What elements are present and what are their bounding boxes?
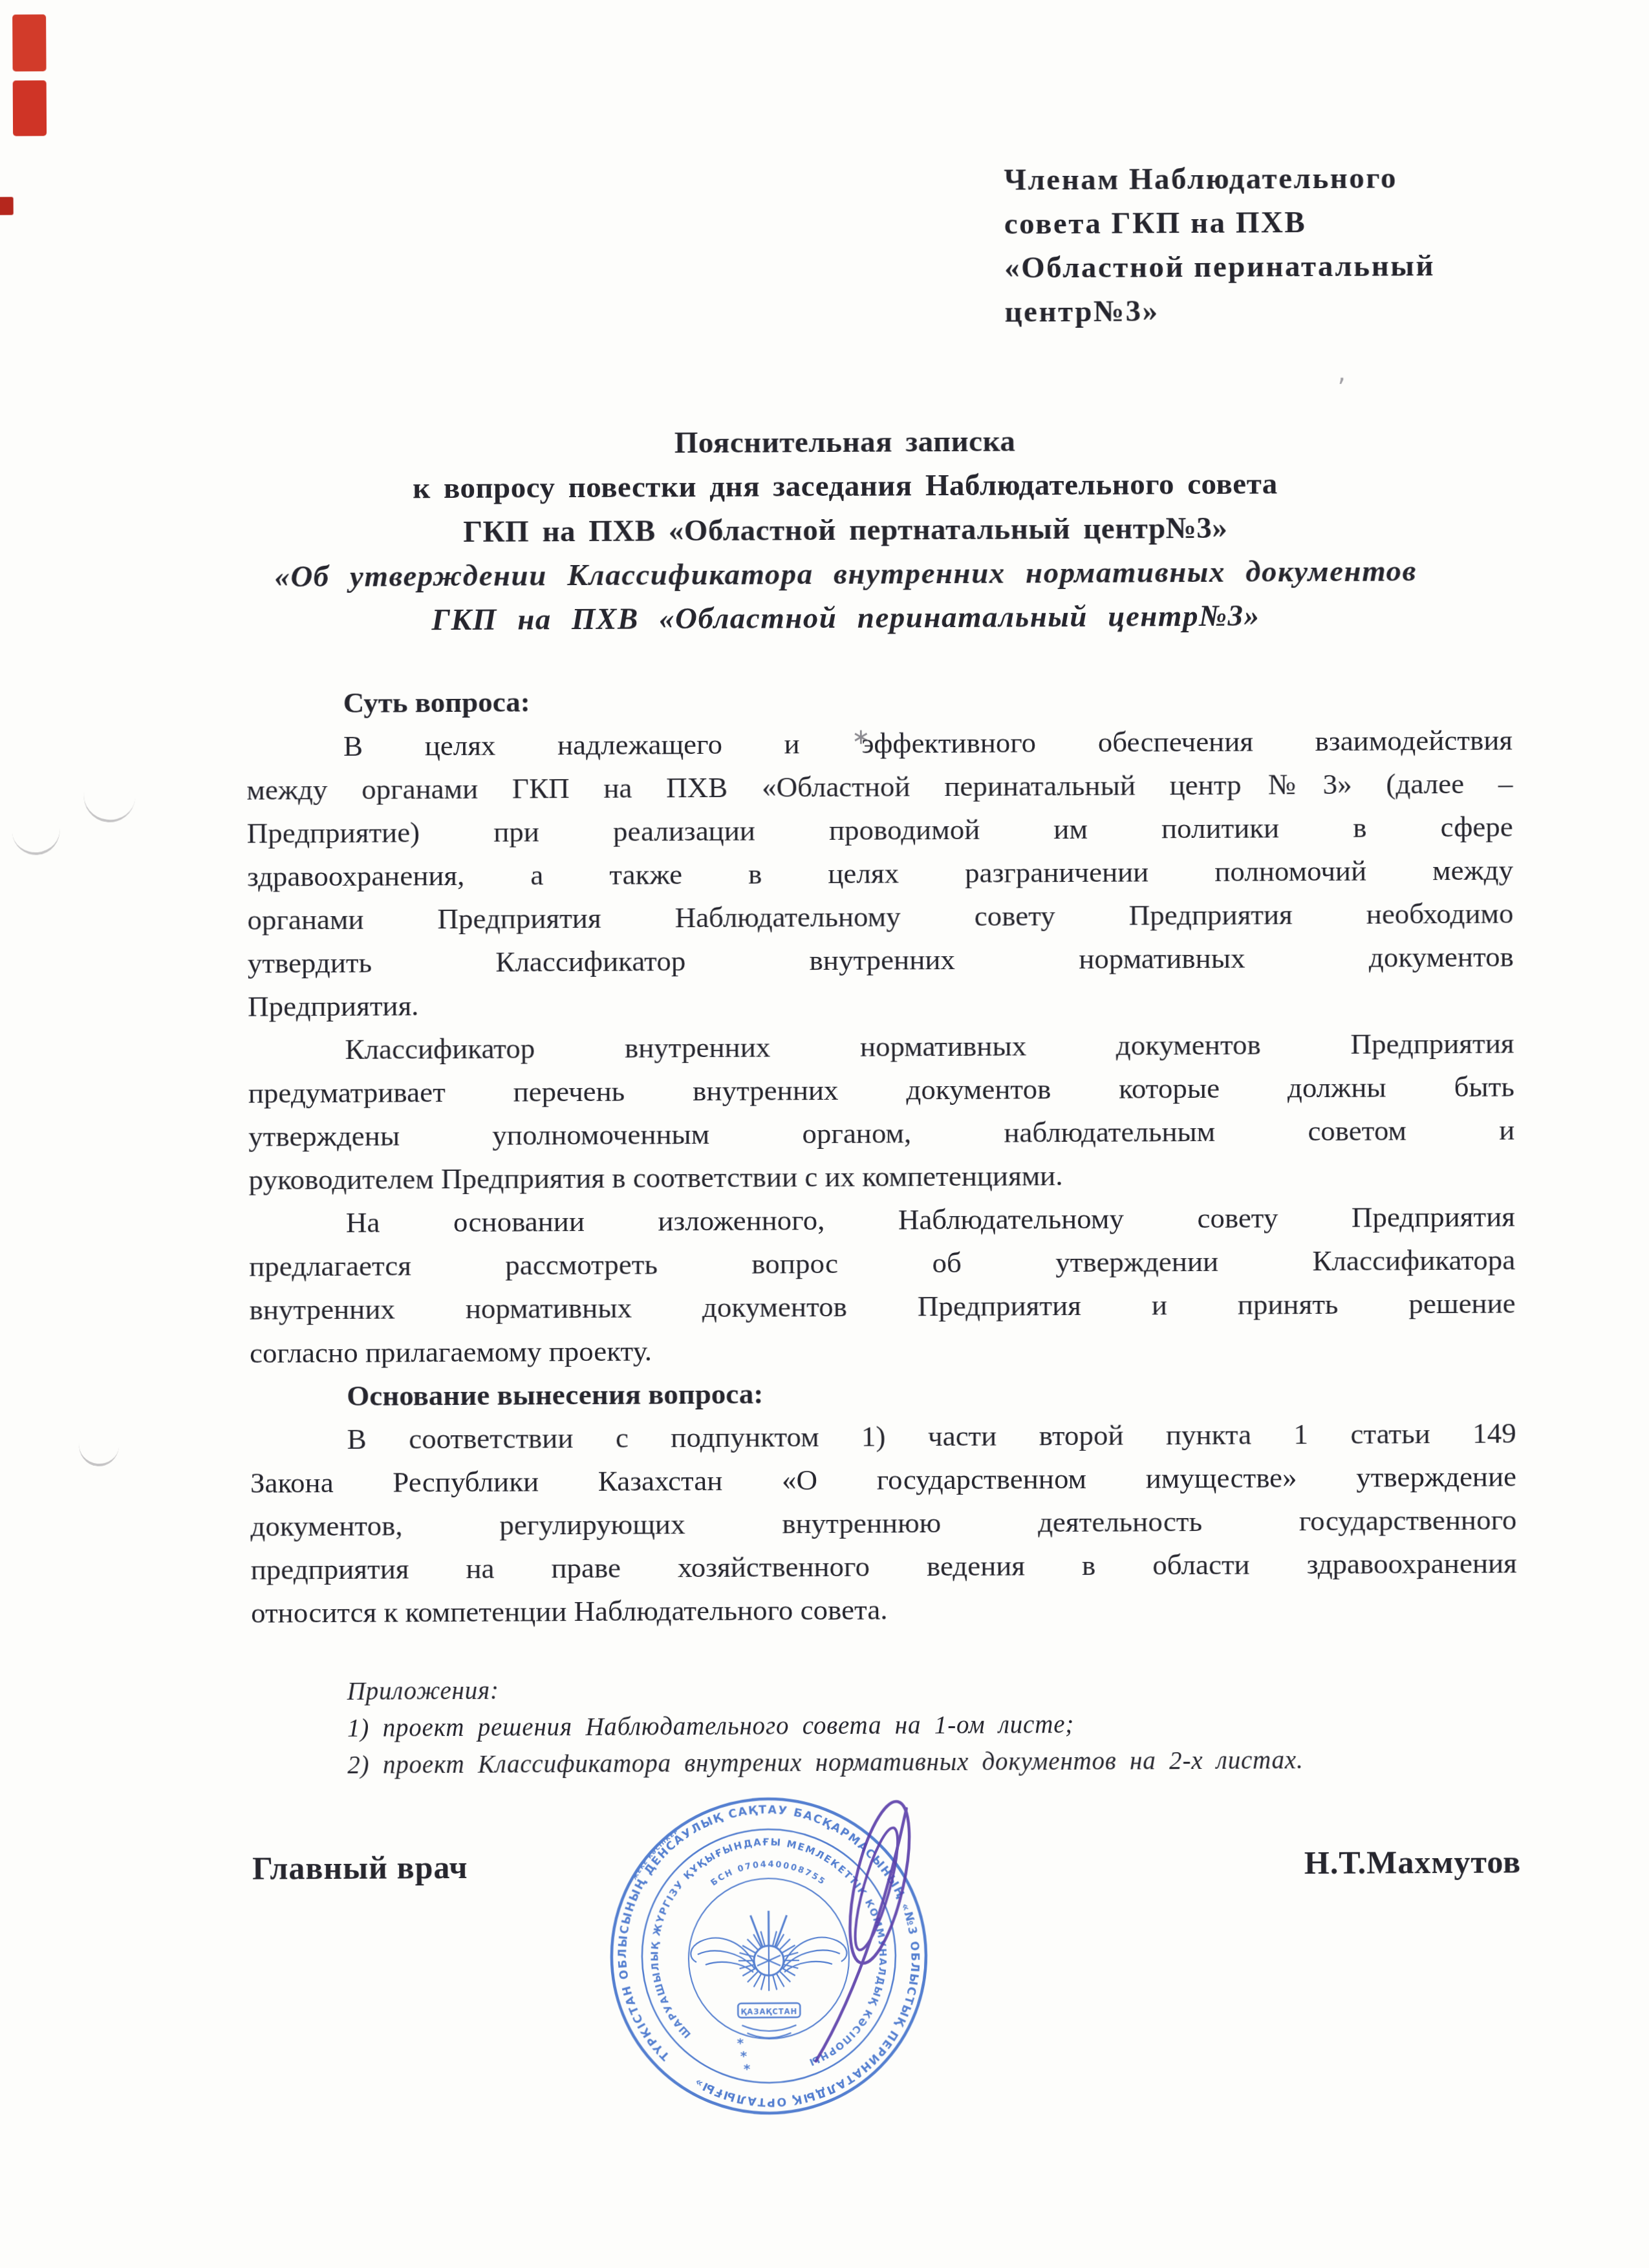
stamp-asterisks: ***: [737, 2035, 750, 2077]
title-line: Пояснительная записка: [159, 416, 1530, 467]
paragraph-line: предуматривает перечень внутренних докум…: [248, 1065, 1514, 1115]
paragraph-line: органами Предприятия Наблюдательному сов…: [247, 892, 1513, 941]
pencil-check-mark: [12, 824, 62, 857]
pencil-check-mark: [81, 788, 136, 825]
paragraph-line: На основании изложенного, Наблюдательном…: [249, 1195, 1515, 1245]
paragraph-line: между органами ГКП на ПХВ «Областной пер…: [246, 762, 1513, 811]
recipient-block: Членам Наблюдательного совета ГКП на ПХВ…: [1004, 155, 1541, 334]
paragraph-line: Предприятие) при реализации проводимой и…: [247, 805, 1513, 855]
paragraph-line: Предприятия.: [248, 978, 1514, 1028]
title-subtitle-line: «Об утверждении Классификатора внутренни…: [160, 548, 1531, 599]
signer-position: Главный врач: [252, 1848, 468, 1887]
paragraph-line: В целях надлежащего и эффективного обесп…: [246, 718, 1513, 768]
paragraph-line: руководителем Предприятия в соответствии…: [248, 1151, 1514, 1201]
paragraph-line: относится к компетенции Наблюдательного …: [251, 1585, 1517, 1634]
scanned-page: ∗ ʼ Членам Наблюдательного совета ГКП на…: [0, 0, 1649, 2268]
paragraph-line: Классификатор внутренних нормативных док…: [248, 1022, 1514, 1071]
attachments-block: Приложения: 1) проект решения Наблюдател…: [347, 1667, 1460, 1784]
title-line: ГКП на ПХВ «Областной пертнатальный цент…: [160, 504, 1531, 555]
title-line: к вопросу повестки дня заседания Наблюда…: [160, 460, 1531, 511]
paragraph-line: согласно прилагаемому проекту.: [250, 1325, 1516, 1375]
paragraph-line: Закона Республики Казахстан «О государст…: [250, 1455, 1516, 1504]
kazakhstan-emblem-icon: [691, 1910, 847, 2038]
paragraph-line: В соответствии с подпунктом 1) части вто…: [250, 1411, 1516, 1461]
title-subtitle-line: ГКП на ПХВ «Областной перинатальный цент…: [160, 592, 1531, 643]
paragraph-line: документов, регулирующих внутреннюю деят…: [250, 1498, 1516, 1548]
recipient-line: центр№3»: [1004, 287, 1541, 334]
paragraph-line: утверждены уполномоченным органом, наблю…: [248, 1108, 1514, 1158]
red-scan-artifact: [0, 197, 14, 215]
official-stamp: ЖЕКЕ КӘСІПКЕР ТҮРКІСТАН ОБЛЫСЫНЫҢ ДЕНСАУ…: [587, 1771, 951, 2135]
red-scan-artifact: [12, 14, 46, 71]
paragraph-line: внутренних нормативных документов Предпр…: [249, 1281, 1515, 1331]
scan-content: ∗ ʼ Членам Наблюдательного совета ГКП на…: [0, 0, 1649, 2268]
pencil-check-mark: [77, 1440, 119, 1468]
stamp-bin-text: БСН 070440008755: [709, 1859, 827, 1888]
recipient-line: Членам Наблюдательного: [1004, 155, 1540, 202]
paragraph-line: предлагается рассмотреть вопрос об утвер…: [249, 1238, 1515, 1288]
emblem-banner-text: ҚАЗАҚСТАН: [740, 2007, 797, 2016]
svg-text:*: *: [744, 2061, 751, 2077]
signer-name: Н.Т.Махмутов: [1304, 1843, 1521, 1881]
emblem-wing-left: [691, 1938, 755, 1973]
document-title: Пояснительная записка к вопросу повестки…: [159, 416, 1531, 643]
section-heading: Суть вопроса:: [246, 675, 1513, 725]
paragraph-line: здравоохранения, а также в целях разгран…: [247, 848, 1513, 898]
paragraph-line: предприятия на праве хозяйственного веде…: [251, 1541, 1517, 1591]
red-scan-artifact: [13, 80, 47, 136]
attachment-item: 1) проект решения Наблюдательного совета…: [347, 1704, 1460, 1747]
document-body: Суть вопроса: В целях надлежащего и эффе…: [246, 675, 1518, 1634]
recipient-line: «Областной перинатальный: [1004, 243, 1541, 290]
recipient-line: совета ГКП на ПХВ: [1004, 199, 1541, 246]
section-heading: Основание вынесения вопроса:: [250, 1368, 1516, 1418]
attachments-label: Приложения:: [347, 1667, 1460, 1710]
paragraph-line: утвердить Классификатор внутренних норма…: [248, 935, 1514, 985]
ink-speck: ʼ: [1337, 374, 1346, 403]
